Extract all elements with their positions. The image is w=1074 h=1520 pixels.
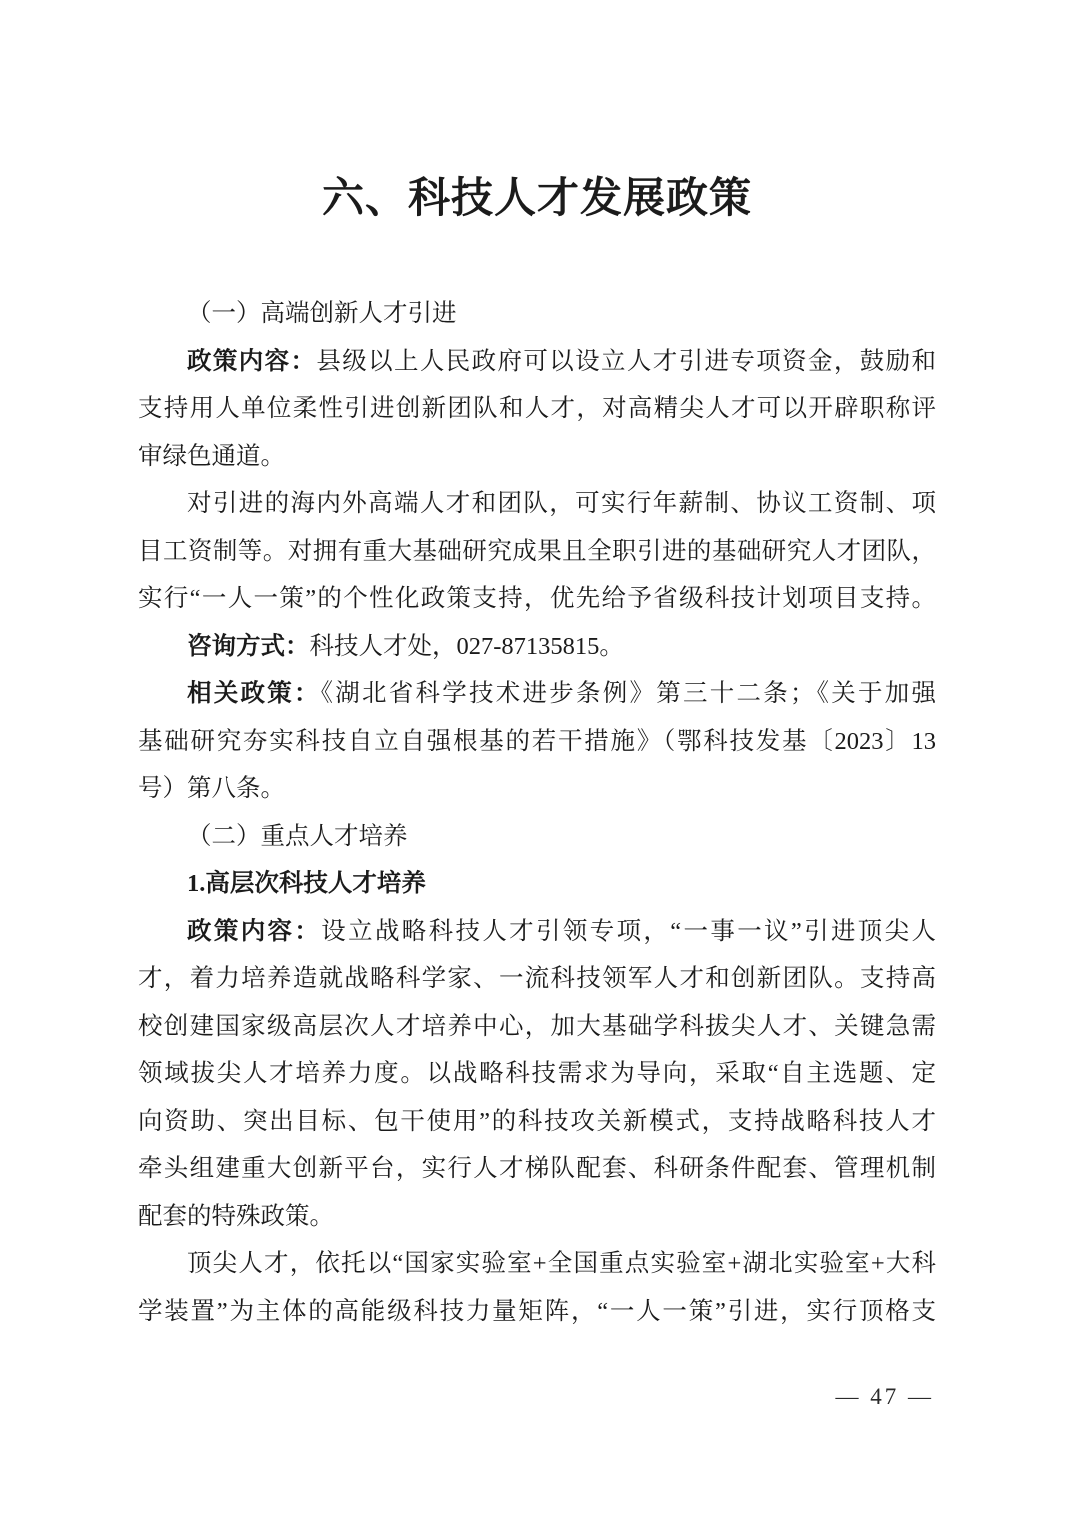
- bold-label: 相关政策：: [187, 680, 321, 707]
- page-title: 六、科技人才发展政策: [138, 170, 936, 228]
- text-segment: 配套的特殊政策。: [138, 1203, 334, 1230]
- bold-label: 1.高层次科技人才培养: [187, 870, 426, 897]
- body-line: 支持用人单位柔性引进创新团队和人才，对高精尖人才可以开辟职称评: [138, 385, 936, 433]
- text-segment: 才，着力培养造就战略科学家、一流科技领军人才和创新团队。支持高: [138, 965, 936, 992]
- body-line: 牵头组建重大创新平台，实行人才梯队配套、科研条件配套、管理机制: [138, 1145, 936, 1193]
- body-line: 号）第八条。: [138, 765, 936, 813]
- text-segment: 学装置”为主体的高能级科技力量矩阵，“一人一策”引进，实行顶格支: [138, 1298, 936, 1325]
- body-line: 目工资制等。对拥有重大基础研究成果且全职引进的基础研究人才团队，: [138, 528, 936, 576]
- text-segment: 实行“一人一策”的个性化政策支持，优先给予省级科技计划项目支持。: [138, 585, 936, 612]
- body-line: 对引进的海内外高端人才和团队，可实行年薪制、协议工资制、项: [138, 480, 936, 528]
- text-segment: 号）第八条。: [138, 775, 285, 802]
- body-line: 审绿色通道。: [138, 433, 936, 481]
- text-segment: 牵头组建重大创新平台，实行人才梯队配套、科研条件配套、管理机制: [138, 1155, 936, 1182]
- policy-content-line: 政策内容：县级以上人民政府可以设立人才引进专项资金，鼓励和: [138, 338, 936, 386]
- text-segment: 向资助、突出目标、包干使用”的科技攻关新模式，支持战略科技人才: [138, 1108, 936, 1135]
- text-segment: 顶尖人才，依托以“国家实验室+全国重点实验室+湖北实验室+大科: [187, 1250, 936, 1277]
- text-segment: 科技人才处，027-87135815。: [310, 633, 624, 660]
- subsection-1-heading: 1.高层次科技人才培养: [138, 860, 936, 908]
- text-segment: 支持用人单位柔性引进创新团队和人才，对高精尖人才可以开辟职称评: [138, 395, 936, 422]
- body-line: 才，着力培养造就战略科学家、一流科技领军人才和创新团队。支持高: [138, 955, 936, 1003]
- body-line: 顶尖人才，依托以“国家实验室+全国重点实验室+湖北实验室+大科: [138, 1240, 936, 1288]
- bold-label: 咨询方式：: [187, 633, 310, 660]
- text-segment: （二）重点人才培养: [187, 823, 408, 850]
- contact-line: 咨询方式：科技人才处，027-87135815。: [138, 623, 936, 671]
- bold-label: 政策内容：: [187, 348, 316, 375]
- body-line: 基础研究夯实科技自立自强根基的若干措施》（鄂科技发基〔2023〕13: [138, 718, 936, 766]
- text-segment: 校创建国家级高层次人才培养中心，加大基础学科拔尖人才、关键急需: [138, 1013, 936, 1040]
- body-line: 校创建国家级高层次人才培养中心，加大基础学科拔尖人才、关键急需: [138, 1003, 936, 1051]
- body-line: 学装置”为主体的高能级科技力量矩阵，“一人一策”引进，实行顶格支: [138, 1288, 936, 1336]
- text-segment: 对引进的海内外高端人才和团队，可实行年薪制、协议工资制、项: [187, 490, 936, 517]
- body-line: 配套的特殊政策。: [138, 1193, 936, 1241]
- text-segment: 领域拔尖人才培养力度。以战略科技需求为导向，采取“自主选题、定: [138, 1060, 936, 1087]
- body-line: 领域拔尖人才培养力度。以战略科技需求为导向，采取“自主选题、定: [138, 1050, 936, 1098]
- text-segment: 目工资制等。对拥有重大基础研究成果且全职引进的基础研究人才团队，: [138, 538, 936, 565]
- section-1-heading: （一）高端创新人才引进: [138, 290, 936, 338]
- text-segment: （一）高端创新人才引进: [187, 300, 457, 327]
- document-body: （一）高端创新人才引进政策内容：县级以上人民政府可以设立人才引进专项资金，鼓励和…: [138, 290, 936, 1335]
- bold-label: 政策内容：: [187, 918, 321, 945]
- text-segment: 县级以上人民政府可以设立人才引进专项资金，鼓励和: [316, 348, 936, 375]
- body-line: 向资助、突出目标、包干使用”的科技攻关新模式，支持战略科技人才: [138, 1098, 936, 1146]
- text-segment: 审绿色通道。: [138, 443, 285, 470]
- policy-content-line: 政策内容：设立战略科技人才引领专项，“一事一议”引进顶尖人: [138, 908, 936, 956]
- text-segment: 基础研究夯实科技自立自强根基的若干措施》（鄂科技发基〔2023〕13: [138, 728, 936, 755]
- related-policy-line: 相关政策：《湖北省科学技术进步条例》第三十二条；《关于加强: [138, 670, 936, 718]
- section-2-heading: （二）重点人才培养: [138, 813, 936, 861]
- document-page: 六、科技人才发展政策 （一）高端创新人才引进政策内容：县级以上人民政府可以设立人…: [0, 0, 1074, 1520]
- text-segment: 设立战略科技人才引领专项，“一事一议”引进顶尖人: [321, 918, 936, 945]
- body-line: 实行“一人一策”的个性化政策支持，优先给予省级科技计划项目支持。: [138, 575, 936, 623]
- text-segment: 《湖北省科学技术进步条例》第三十二条；《关于加强: [321, 680, 936, 707]
- page-number: — 47 —: [836, 1384, 935, 1410]
